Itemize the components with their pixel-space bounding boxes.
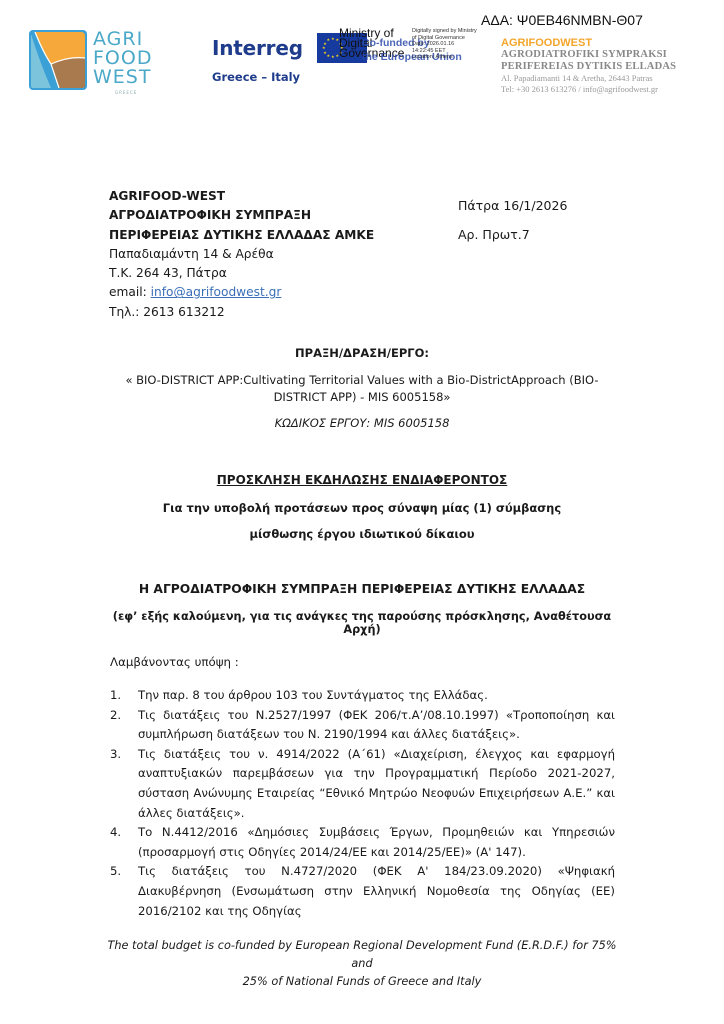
- logo-line-west: WEST: [93, 68, 152, 87]
- interreg-name: Interreg: [212, 36, 312, 60]
- letterhead-line1: AGRODIATROFIKI SYMPRAKSI: [501, 49, 676, 61]
- email-label: email:: [109, 285, 151, 299]
- ada-code: ΑΔΑ: Ψ0ΕΒ46ΝΜΒΝ-Θ07: [481, 12, 643, 28]
- item-text: Τις διατάξεις του ν. 4914/2022 (Α΄61) «Δ…: [138, 747, 615, 820]
- item-text: Το Ν.4412/2016 «Δημόσιες Συμβάσεις Έργων…: [138, 825, 615, 859]
- letterhead-line2: PERIFEREIAS DYTIKIS ELLADAS: [501, 61, 676, 73]
- letterhead: AGRIFOODWEST AGRODIATROFIKI SYMPRAKSI PE…: [501, 37, 676, 95]
- eu-star-icon: ★: [331, 55, 335, 59]
- agrifood-west-logo: AGRI FOOD WEST GREECE: [29, 30, 157, 98]
- authority-subtitle: (εφ’ εξής καλούμενη, για τις ανάγκες της…: [100, 610, 624, 636]
- protocol-number: Αρ. Πρωτ.7: [458, 220, 567, 249]
- interreg-region: Greece – Italy: [212, 70, 312, 84]
- project-heading: ΠΡΑΞΗ/ΔΡΑΣΗ/ΕΡΓΟ:: [100, 346, 624, 360]
- project-code: ΚΩΔΙΚΟΣ ΕΡΓΟΥ: MIS 6005158: [100, 416, 624, 430]
- item-number: 4.: [110, 823, 121, 843]
- digital-signature-stamp: Digitally signed by Ministry of Digital …: [412, 28, 492, 61]
- sender-street: Παπαδιαμάντη 14 & Αρέθα: [109, 245, 374, 264]
- agrifood-west-wordmark: AGRI FOOD WEST: [93, 30, 152, 87]
- item-text: Τις διατάξεις του Ν.4727/2020 (ΦΕΚ Α' 18…: [138, 864, 615, 917]
- sender-org-line1: ΑΓΡΟΔΙΑΤΡΟΦΙΚΗ ΣΥΜΠΡΑΞΗ: [109, 206, 374, 225]
- sender-name: AGRIFOOD-WEST: [109, 187, 374, 206]
- eu-star-icon: ★: [323, 51, 327, 55]
- letterhead-address: Al. Papadiamanti 14 & Aretha, 26443 Patr…: [501, 73, 676, 84]
- item-number: 1.: [110, 686, 121, 706]
- eu-star-icon: ★: [327, 38, 331, 42]
- sender-phone: Τηλ.: 2613 613212: [109, 303, 374, 322]
- letterhead-contact: Tel: +30 2613 613276 / info@agrifoodwest…: [501, 84, 676, 95]
- signature-line: Location: Athens: [412, 54, 492, 61]
- logo-subtitle: GREECE: [115, 90, 137, 95]
- eu-star-icon: ★: [322, 46, 326, 50]
- eu-star-icon: ★: [331, 37, 335, 41]
- authority-title: Η ΑΓΡΟΔΙΑΤΡΟΦΙΚΗ ΣΥΜΠΡΑΞΗ ΠΕΡΙΦΕΡΕΙΑΣ ΔΥ…: [100, 582, 624, 596]
- footer-line2: 25% of National Funds of Greece and Ital…: [100, 973, 624, 991]
- list-item: 4.Το Ν.4412/2016 «Δημόσιες Συμβάσεις Έργ…: [110, 823, 615, 862]
- date-protocol-block: Πάτρα 16/1/2026 Αρ. Πρωτ.7: [458, 191, 567, 249]
- item-number: 5.: [110, 862, 121, 882]
- sender-postal: Τ.Κ. 264 43, Πάτρα: [109, 264, 374, 283]
- item-text: Τις διατάξεις του Ν.2527/1997 (ΦΕΚ 206/τ…: [138, 708, 615, 742]
- eu-star-icon: ★: [327, 54, 331, 58]
- agrifood-west-logo-icon: [29, 30, 87, 90]
- letterhead-brand: AGRIFOODWEST: [501, 37, 676, 49]
- item-number: 2.: [110, 706, 121, 726]
- list-item: 2.Τις διατάξεις του Ν.2527/1997 (ΦΕΚ 206…: [110, 706, 615, 745]
- sender-block: AGRIFOOD-WEST ΑΓΡΟΔΙΑΤΡΟΦΙΚΗ ΣΥΜΠΡΑΞΗ ΠΕ…: [109, 187, 374, 322]
- legal-basis-list: 1.Την παρ. 8 του άρθρου 103 του Συντάγμα…: [110, 686, 615, 921]
- sender-org-line2: ΠΕΡΙΦΕΡΕΙΑΣ ΔΥΤΙΚΗΣ ΕΛΛΑΔΑΣ ΑΜΚΕ: [109, 226, 374, 245]
- place-date: Πάτρα 16/1/2026: [458, 191, 567, 220]
- item-number: 3.: [110, 745, 121, 765]
- sender-email-row: email: info@agrifoodwest.gr: [109, 283, 374, 302]
- call-subtitle-1: Για την υποβολή προτάσεων προς σύναψη μί…: [100, 501, 624, 515]
- item-text: Την παρ. 8 του άρθρου 103 του Συντάγματο…: [138, 688, 488, 702]
- funding-footer: The total budget is co-funded by Europea…: [100, 937, 624, 991]
- list-item: 1.Την παρ. 8 του άρθρου 103 του Συντάγμα…: [110, 686, 615, 706]
- interreg-logo: Interreg Greece – Italy: [212, 36, 312, 96]
- call-title: ΠΡΟΣΚΛΗΣΗ ΕΚΔΗΛΩΣΗΣ ΕΝΔΙΑΦΕΡΟΝΤΟΣ: [100, 473, 624, 487]
- email-link[interactable]: info@agrifoodwest.gr: [151, 285, 282, 299]
- list-item: 3.Τις διατάξεις του ν. 4914/2022 (Α΄61) …: [110, 745, 615, 823]
- considering-label: Λαμβάνοντας υπόψη :: [110, 655, 239, 669]
- call-subtitle-2: μίσθωσης έργου ιδιωτικού δίκαιου: [100, 527, 624, 541]
- project-title: « BIO-DISTRICT APP:Cultivating Territori…: [100, 372, 624, 406]
- list-item: 5.Τις διατάξεις του Ν.4727/2020 (ΦΕΚ Α' …: [110, 862, 615, 921]
- footer-line1: The total budget is co-funded by Europea…: [100, 937, 624, 973]
